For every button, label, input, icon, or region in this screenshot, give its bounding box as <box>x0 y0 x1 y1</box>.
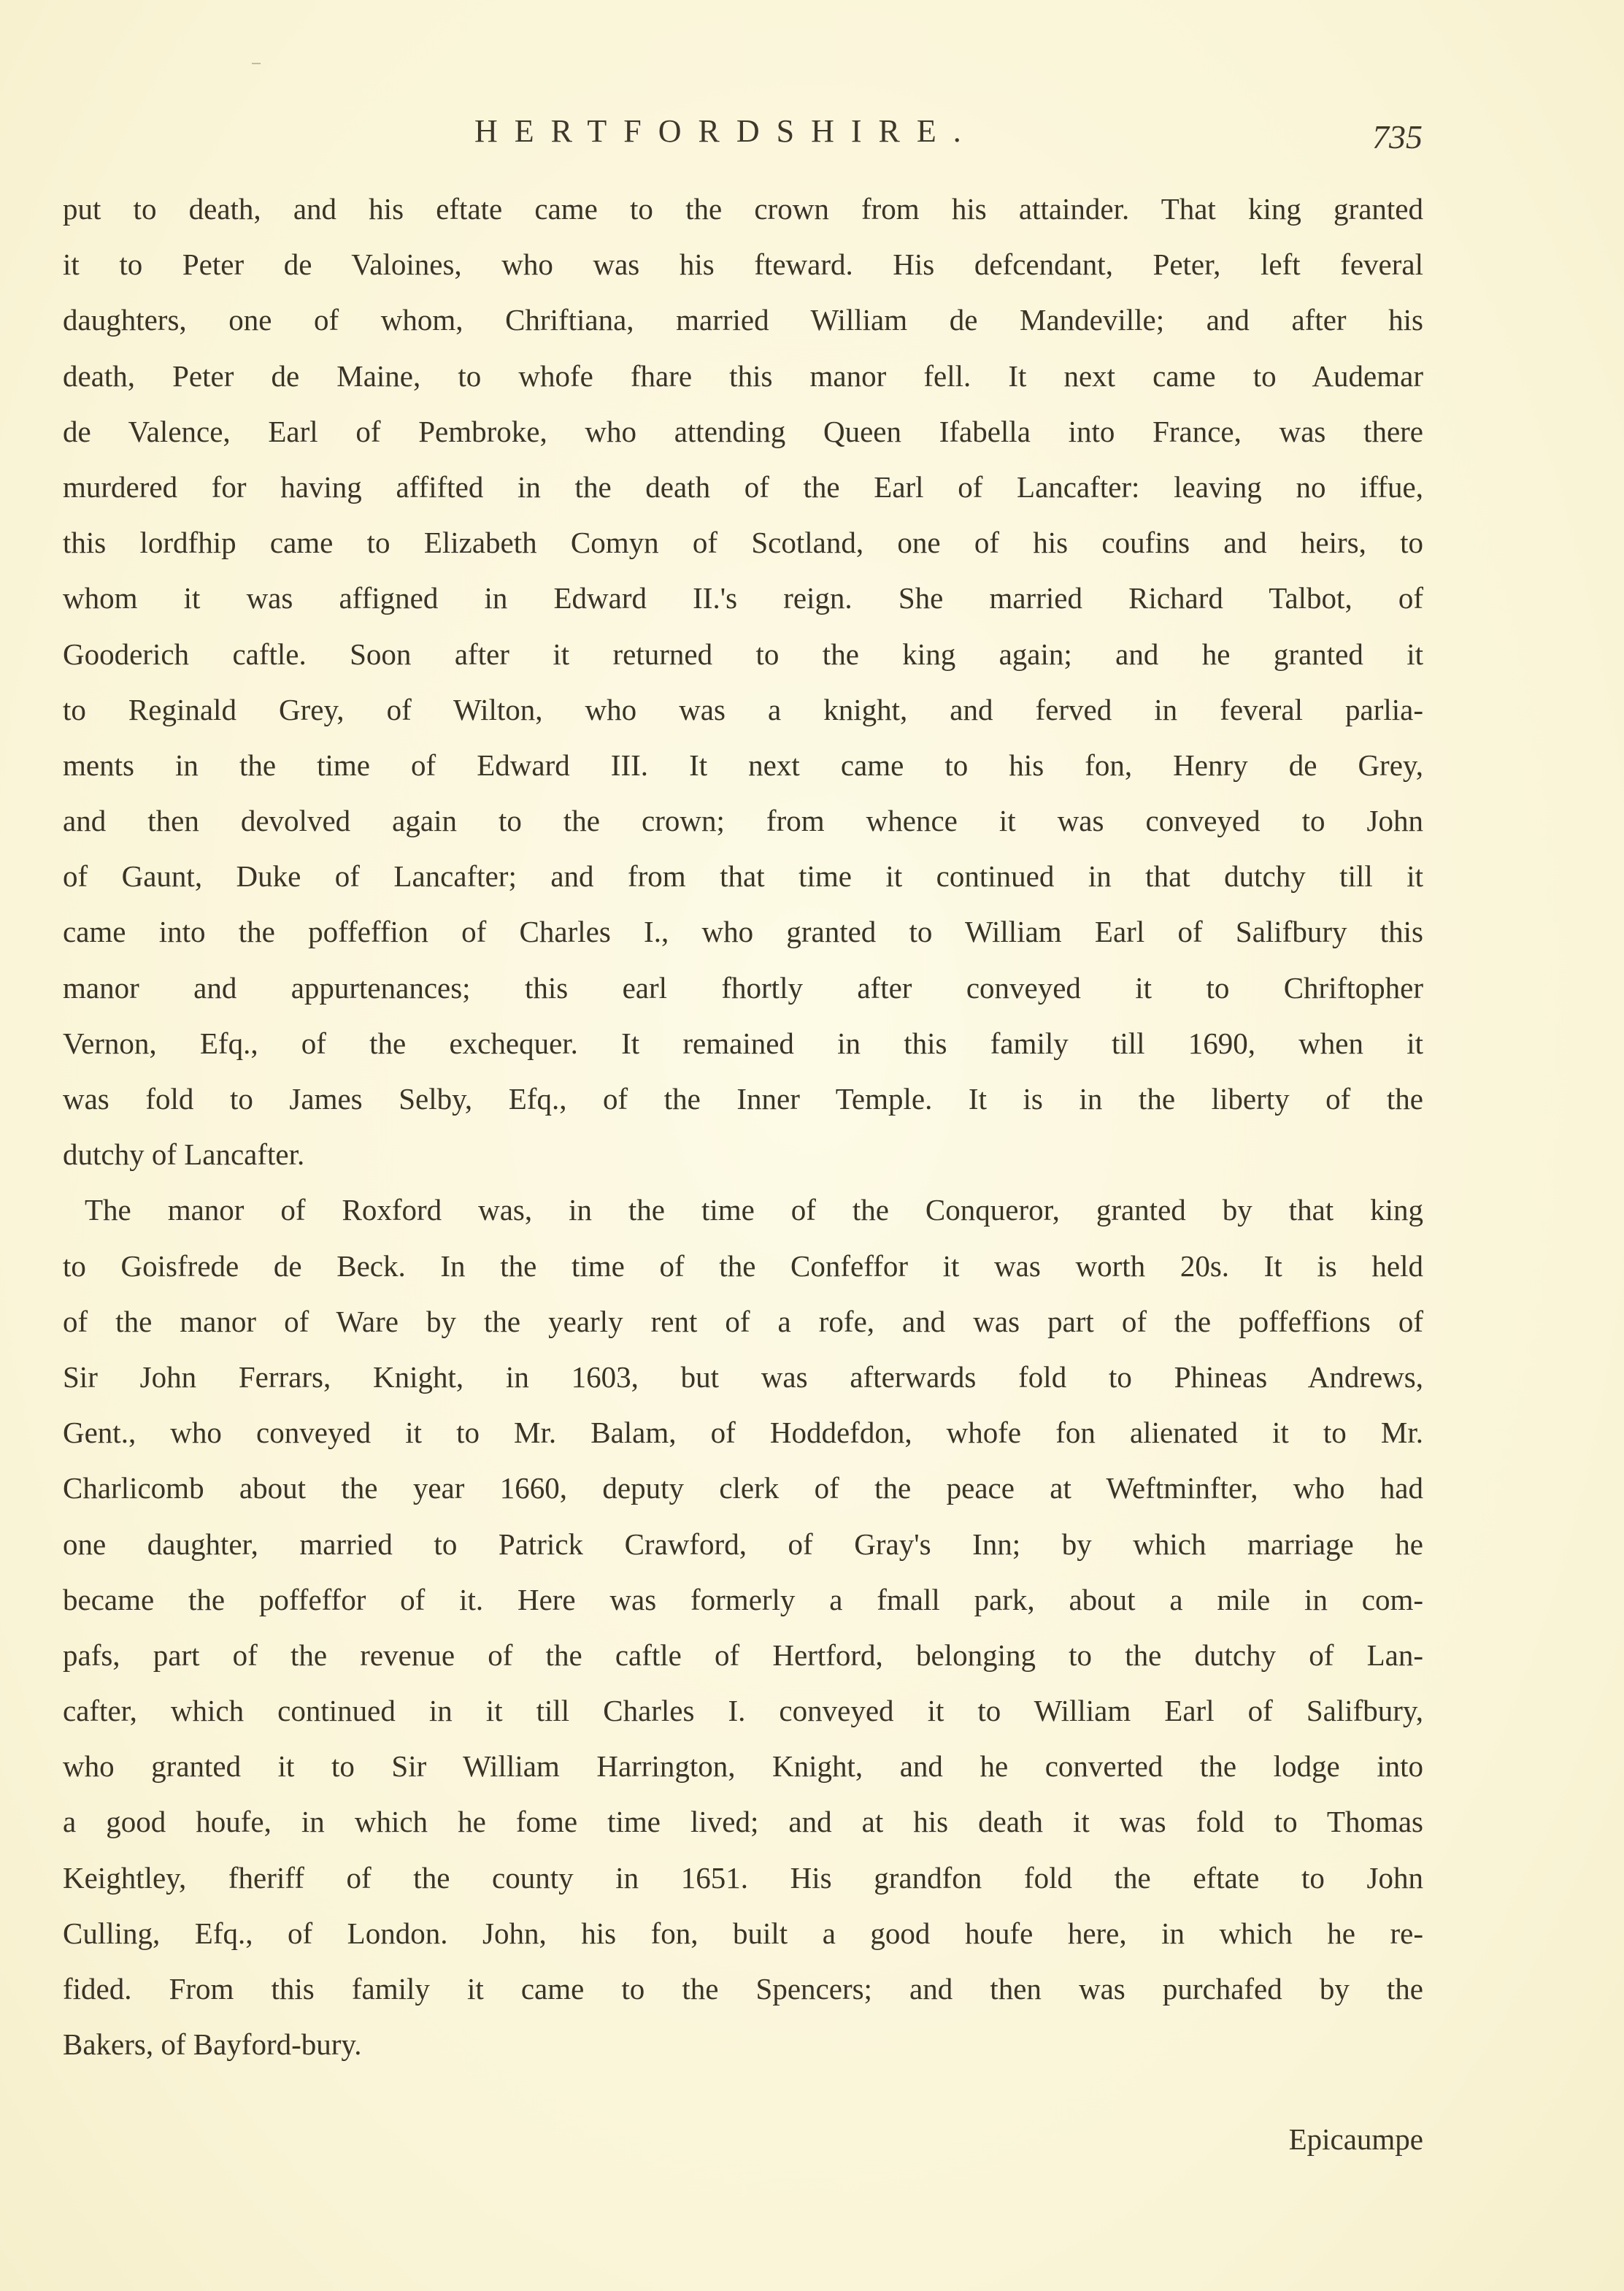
page-number: 735 <box>1372 115 1423 159</box>
text-line: Bakers, of Bayford-bury. <box>63 2016 1423 2072</box>
text-line: Gent., who conveyed it to Mr. Balam, of … <box>63 1405 1423 1460</box>
book-page: HERTFORDSHIRE. 735 put to death, and his… <box>0 0 1624 2291</box>
text-line: manor and appurtenances; this earl fhort… <box>63 960 1423 1016</box>
text-line: a good houfe, in which he fome time live… <box>63 1794 1423 1849</box>
text-line: whom it was affigned in Edward II.'s rei… <box>63 570 1423 626</box>
text-line: of the manor of Ware by the yearly rent … <box>63 1294 1423 1349</box>
paragraph-start-line: The manor of Roxford was, in the time of… <box>63 1182 1423 1237</box>
text-line: one daughter, married to Patrick Crawfor… <box>63 1516 1423 1572</box>
text-line: came into the poffeffion of Charles I., … <box>63 904 1423 959</box>
running-head: HERTFORDSHIRE. 735 <box>0 110 1624 153</box>
text-line: pafs, part of the revenue of the caftle … <box>63 1627 1423 1683</box>
text-line: Vernon, Efq., of the exchequer. It remai… <box>63 1016 1423 1071</box>
text-line: daughters, one of whom, Chriftiana, marr… <box>63 292 1423 348</box>
text-line: became the poffeffor of it. Here was for… <box>63 1572 1423 1627</box>
text-line: Keightley, fheriff of the county in 1651… <box>63 1850 1423 1906</box>
text-line: dutchy of Lancafter. <box>63 1127 1423 1182</box>
body-text: put to death, and his eftate came to the… <box>63 181 1423 2072</box>
running-title: HERTFORDSHIRE. <box>474 110 978 153</box>
text-line: to Goisfrede de Beck. In the time of the… <box>63 1238 1423 1294</box>
text-line: Sir John Ferrars, Knight, in 1603, but w… <box>63 1349 1423 1405</box>
text-line: to Reginald Grey, of Wilton, who was a k… <box>63 682 1423 737</box>
text-line: ments in the time of Edward III. It next… <box>63 737 1423 793</box>
text-line: murdered for having affifted in the deat… <box>63 459 1423 515</box>
page-mark <box>252 63 261 64</box>
text-line: was fold to James Selby, Efq., of the In… <box>63 1071 1423 1127</box>
text-line: this lordfhip came to Elizabeth Comyn of… <box>63 515 1423 570</box>
text-line: put to death, and his eftate came to the… <box>63 181 1423 237</box>
text-line: it to Peter de Valoines, who was his fte… <box>63 237 1423 292</box>
text-line: death, Peter de Maine, to whofe fhare th… <box>63 348 1423 404</box>
text-line: who granted it to Sir William Harrington… <box>63 1738 1423 1794</box>
text-line: cafter, which continued in it till Charl… <box>63 1683 1423 1738</box>
text-line: Gooderich caftle. Soon after it returned… <box>63 626 1423 682</box>
text-line: fided. From this family it came to the S… <box>63 1961 1423 2016</box>
text-line: Culling, Efq., of London. John, his fon,… <box>63 1906 1423 1961</box>
text-line: and then devolved again to the crown; fr… <box>63 793 1423 848</box>
text-line: of Gaunt, Duke of Lancafter; and from th… <box>63 848 1423 904</box>
catchword: Epicaumpe <box>1197 2117 1423 2161</box>
text-line: de Valence, Earl of Pembroke, who attend… <box>63 404 1423 459</box>
text-line: Charlicomb about the year 1660, deputy c… <box>63 1460 1423 1516</box>
